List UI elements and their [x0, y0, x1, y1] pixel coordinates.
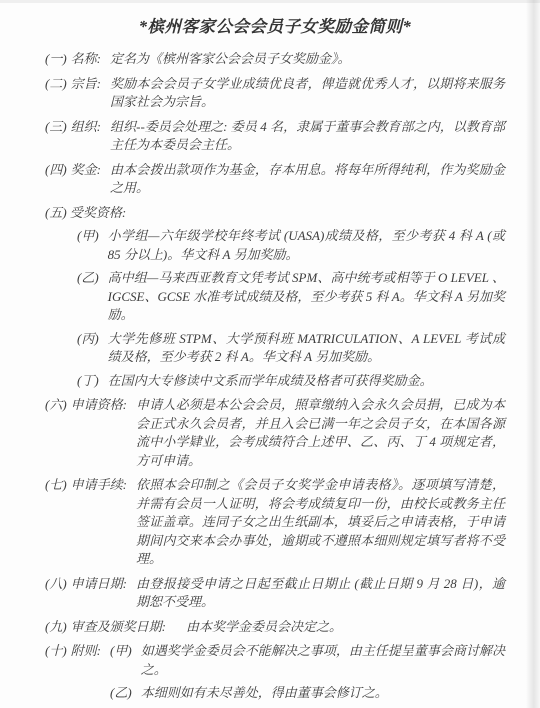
item-text: 定名为《槟州客家公会会员子女奖励金》。: [110, 50, 505, 69]
sub-item-marker: (乙): [110, 684, 132, 703]
item-label: 名称:: [71, 51, 101, 66]
item-label: 组织:: [71, 119, 101, 134]
rule-item-4: (四)奖金: 由本会拨出款项作为基金，存本用息。将每年所得纯利，作为奖励金之用。: [45, 161, 505, 198]
item-number: (八): [45, 576, 67, 591]
sub-item-ding: (丁) 在国内大专修读中文系而学年成绩及格者可获得奖励金。: [77, 372, 505, 391]
sub-item-jia: (甲) 如遇奖学金委员会不能解决之事项，由主任提呈董事会商讨解决之。: [110, 642, 505, 679]
sub-item-text: 小学组—六年级学校年终考试 (UASA)成绩及格，至少考获 4 科 A (或 8…: [108, 227, 505, 264]
item-number: (三): [45, 119, 67, 134]
item-text: 由本奖学金委员会决定之。: [186, 618, 505, 637]
rule-item-5: (五) 受奖资格: (甲) 小学组—六年级学校年终考试 (UASA)成绩及格，至…: [45, 204, 505, 391]
scan-top-shadow: [0, 0, 540, 3]
rule-item-3: (三)组织: 组织--委员会处理之: 委员 4 名，隶属于董事会教育部之内，以教…: [45, 118, 505, 155]
sub-item-jia: (甲) 小学组—六年级学校年终考试 (UASA)成绩及格，至少考获 4 科 A …: [77, 227, 505, 264]
scan-edge-shadow: [526, 0, 540, 708]
item-label: 宗旨:: [71, 76, 101, 91]
item-number: (五): [45, 205, 67, 220]
item-number: (十): [45, 643, 67, 658]
item-text: 依照本会印制之《会员子女奖学金申请表格》。逐项填写清楚，并需有会员一人证明，将会…: [136, 476, 505, 569]
item-number: (四): [45, 162, 67, 177]
sub-item-marker: (丙): [77, 330, 99, 349]
item-number: (六): [45, 397, 67, 412]
rule-item-10: (十)附则: (甲) 如遇奖学金委员会不能解决之事项，由主任提呈董事会商讨解决之…: [45, 642, 505, 703]
item-number: (九): [45, 619, 67, 634]
item-number: (二): [45, 76, 67, 91]
sub-item-text: 高中组—马来西亚教育文凭考试 SPM、高中统考或相等于 O LEVEL 、IGC…: [108, 269, 505, 325]
item-label: 申请资格:: [71, 397, 127, 412]
item-head: (五) 受奖资格:: [45, 204, 505, 223]
rule-item-9: (九)审查及颁奖日期: 由本奖学金委员会决定之。: [45, 618, 505, 637]
item-label: 受奖资格:: [70, 205, 126, 220]
document-title: *槟州客家公会会员子女奖励金简则*: [45, 15, 505, 39]
item-head: (一)名称:: [45, 50, 101, 69]
item-head: (八)申请日期:: [45, 575, 127, 594]
item-label: 审查及颁奖日期:: [71, 619, 166, 634]
rule-item-8: (八)申请日期: 由登报接受申请之日起至截止日期止 (截止日期 9 月 28 日…: [45, 575, 505, 612]
item-text: 由本会拨出款项作为基金，存本用息。将每年所得纯利，作为奖励金之用。: [110, 161, 505, 198]
sub-item-list: (甲) 小学组—六年级学校年终考试 (UASA)成绩及格，至少考获 4 科 A …: [45, 227, 505, 390]
item-text: 申请人必须是本公会会员，照章缴纳入会永久会员捐，已成为本会正式永久会员者，并且入…: [136, 396, 505, 470]
sub-item-marker: (乙): [77, 269, 99, 288]
item-label: 申请日期:: [71, 576, 127, 591]
rule-item-2: (二)宗旨: 奖励本会会员子女学业成绩优良者，俾造就优秀人才，以期将来服务国家社…: [45, 75, 505, 112]
item-text: 组织--委员会处理之: 委员 4 名，隶属于董事会教育部之内，以教育部主任为本委…: [110, 118, 505, 155]
item-number: (一): [45, 51, 67, 66]
sub-item-bing: (丙) 大学先修班 STPM、大学预科班 MATRICULATION、A LEV…: [77, 330, 505, 367]
rule-item-7: (七)申请手续: 依照本会印制之《会员子女奖学金申请表格》。逐项填写清楚，并需有…: [45, 476, 505, 569]
sub-item-marker: (甲): [110, 642, 132, 661]
item-label: 申请手续:: [71, 477, 127, 492]
item-head: (十)附则:: [45, 642, 101, 661]
sub-item-text: 本细则如有未尽善处，得由董事会修订之。: [141, 684, 505, 703]
sub-item-yi: (乙) 本细则如有未尽善处，得由董事会修订之。: [110, 684, 505, 703]
item-head: (四)奖金:: [45, 161, 101, 180]
sub-item-text: 如遇奖学金委员会不能解决之事项，由主任提呈董事会商讨解决之。: [141, 642, 505, 679]
item-head: (三)组织:: [45, 118, 101, 137]
item-label: 奖金:: [71, 162, 101, 177]
item-head: (七)申请手续:: [45, 476, 127, 495]
item-text: 奖励本会会员子女学业成绩优良者，俾造就优秀人才，以期将来服务国家社会为宗旨。: [110, 75, 505, 112]
sub-item-text: 大学先修班 STPM、大学预科班 MATRICULATION、A LEVEL 考…: [108, 330, 505, 367]
item-text: 由登报接受申请之日起至截止日期止 (截止日期 9 月 28 日)，逾期恕不受理。: [136, 575, 505, 612]
item-label: 附则:: [71, 643, 101, 658]
document-page: *槟州客家公会会员子女奖励金简则* (一)名称: 定名为《槟州客家公会会员子女奖…: [0, 0, 540, 708]
sub-item-marker: (甲): [77, 227, 99, 246]
sub-item-text: 在国内大专修读中文系而学年成绩及格者可获得奖励金。: [108, 372, 505, 391]
sub-item-yi: (乙) 高中组—马来西亚教育文凭考试 SPM、高中统考或相等于 O LEVEL …: [77, 269, 505, 325]
item-number: (七): [45, 477, 67, 492]
rule-item-6: (六)申请资格: 申请人必须是本公会会员，照章缴纳入会永久会员捐，已成为本会正式…: [45, 396, 505, 470]
rule-item-1: (一)名称: 定名为《槟州客家公会会员子女奖励金》。: [45, 50, 505, 69]
item-head: (六)申请资格:: [45, 396, 127, 415]
item-head: (二)宗旨:: [45, 75, 101, 94]
sub-item-marker: (丁): [77, 372, 99, 391]
item-head: (九)审查及颁奖日期:: [45, 618, 166, 637]
sub-item-list: (甲) 如遇奖学金委员会不能解决之事项，由主任提呈董事会商讨解决之。 (乙) 本…: [110, 642, 505, 703]
